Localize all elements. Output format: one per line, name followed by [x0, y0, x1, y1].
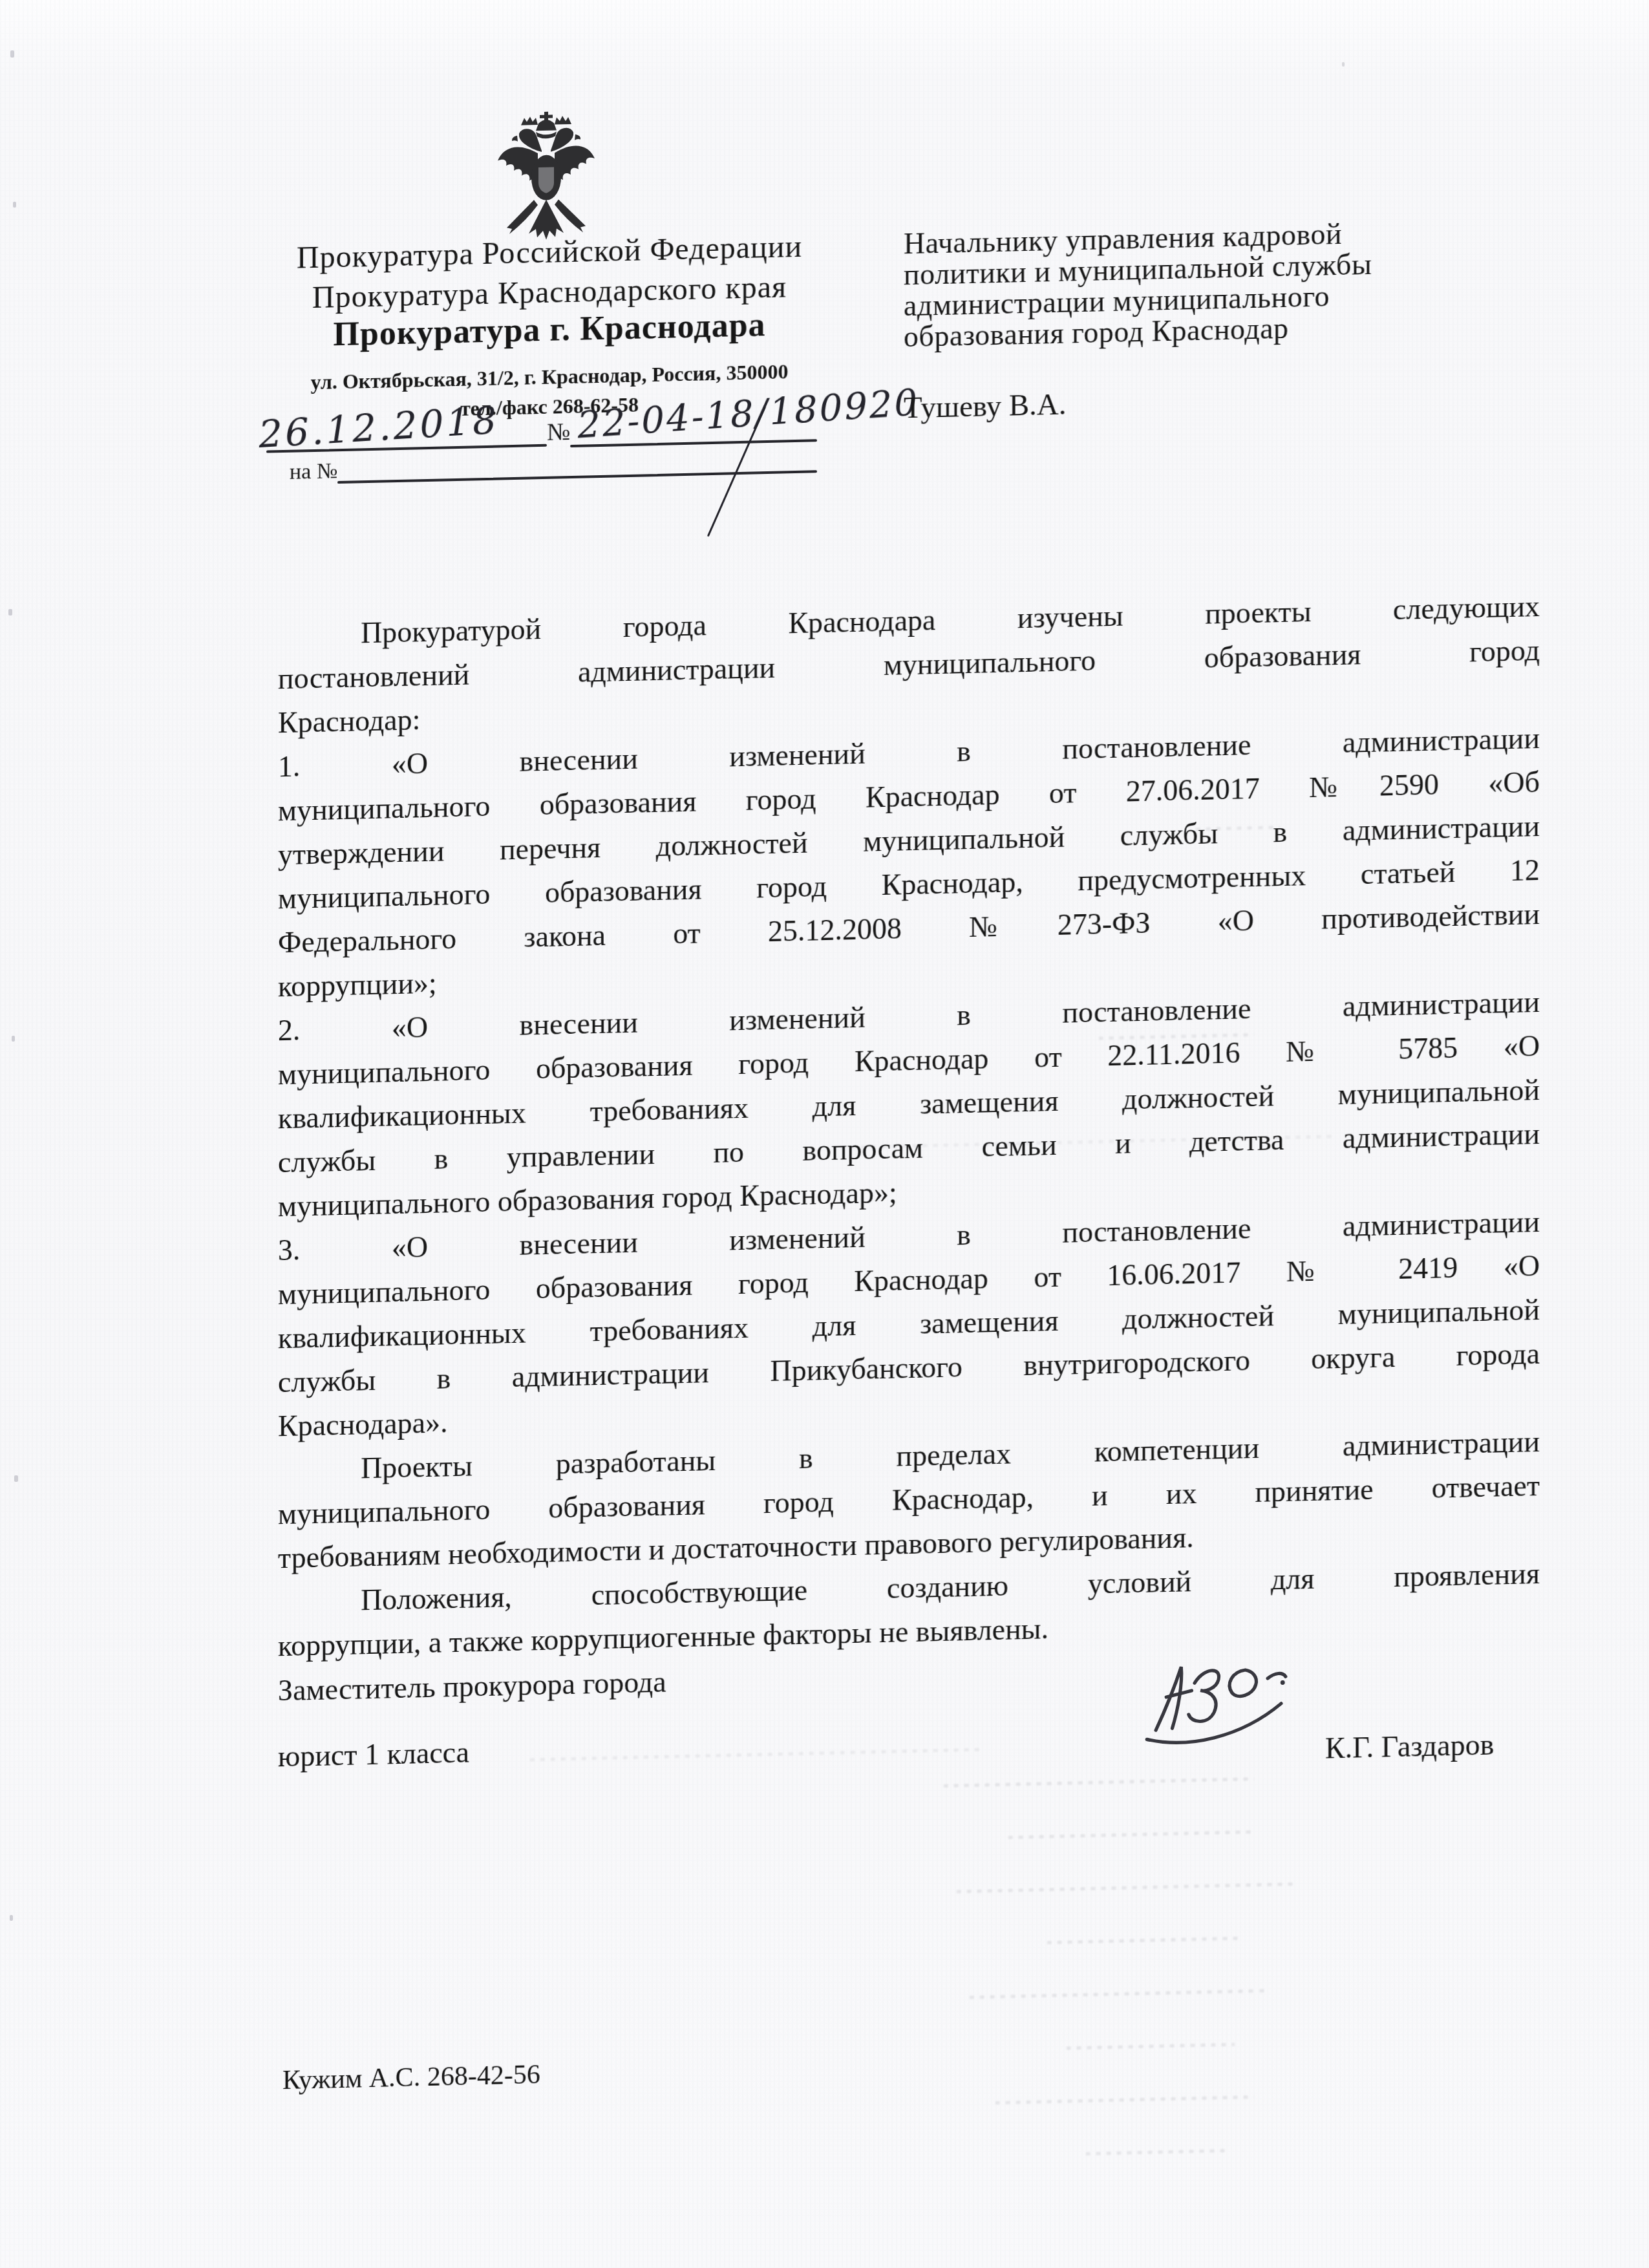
document-content: Прокуратура Российской Федерации Прокура…	[0, 0, 1649, 2268]
bleedthrough-mark	[970, 1989, 1267, 1999]
scan-speck	[12, 1036, 15, 1042]
bleedthrough-mark	[1047, 1936, 1241, 1944]
signer-position-line2: юрист 1 класса	[278, 1735, 469, 1774]
bleedthrough-mark	[1067, 2043, 1235, 2050]
bleedthrough-mark	[1008, 1830, 1254, 1839]
bleedthrough-mark	[944, 1777, 1254, 1788]
scan-speck	[10, 50, 14, 58]
scanned-letter-page: Прокуратура Российской Федерации Прокура…	[0, 0, 1649, 2268]
reply-to-number-label: на №	[290, 459, 337, 485]
bleedthrough-mark	[957, 1883, 1293, 1894]
scan-speck	[13, 202, 16, 208]
executor-contact: Кужим А.С. 268-42-56	[282, 2059, 540, 2096]
signature-icon	[1099, 1654, 1338, 1757]
scan-speck	[1342, 62, 1345, 67]
coat-of-arms-icon	[491, 109, 601, 241]
scan-speck	[14, 1475, 18, 1482]
signer-name: К.Г. Газдаров	[1325, 1728, 1494, 1766]
letter-body: Прокуратурой города Краснодара изучены п…	[278, 584, 1540, 1668]
recipient-name: Тушеву В.А.	[904, 387, 1067, 426]
number-sign-label: №	[547, 418, 570, 447]
reply-number-underline	[337, 470, 817, 484]
bleedthrough-mark	[1086, 2149, 1228, 2156]
scan-speck	[8, 609, 12, 615]
bleedthrough-mark	[530, 1748, 983, 1762]
signer-position-line1: Заместитель прокурора города	[278, 1665, 666, 1708]
bleedthrough-mark	[995, 2095, 1254, 2104]
scan-speck	[10, 1915, 13, 1921]
